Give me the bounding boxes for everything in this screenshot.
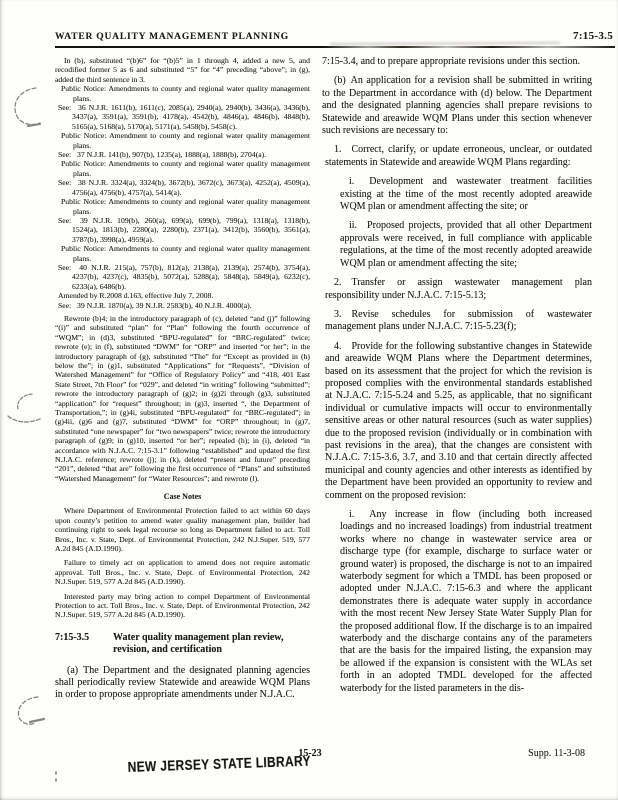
list-item-1: 1. Correct, clarify, or update erroneous… <box>325 144 592 169</box>
pen-mark-middle-tail <box>8 416 42 422</box>
case-notes-title: Case Notes <box>55 492 310 501</box>
continuation-paragraph: 7:15-3.4, and to prepare appropriate rev… <box>322 56 592 68</box>
rewrote-note: Rewrote (b)4; in the introductory paragr… <box>55 314 310 483</box>
public-notice-3: Public Notice: Amendments to county and … <box>55 159 310 178</box>
section-title: Water quality management plan review, re… <box>113 632 310 657</box>
public-notice-2: Public Notice: Amendment to county and r… <box>55 131 310 150</box>
pen-mark-middle <box>18 394 32 409</box>
case-note-3: Interested party may bring action to com… <box>55 592 310 620</box>
section-heading: 7:15-3.5 Water quality management plan r… <box>55 632 310 657</box>
list-item-3: 3. Revise schedules for submission of wa… <box>325 309 592 334</box>
case-note-1: Where Department of Environmental Protec… <box>55 506 310 553</box>
case-note-2: Failure to timely act on application to … <box>55 558 310 586</box>
header-section-ref: 7:15-3.5 <box>573 30 613 42</box>
amendment-history-note: In (b), substituted “(b)6” for “(b)5” in… <box>55 56 310 84</box>
paragraph-b: (b) An application for a revision shall … <box>322 75 592 137</box>
amended-see-citation: See: 39 N.J.R. 1870(a), 39 N.J.R. 2583(b… <box>55 301 310 310</box>
section-number: 7:15-3.5 <box>55 632 113 657</box>
paragraph-a: (a) The Department and the designated pl… <box>55 665 310 702</box>
left-column: In (b), substituted “(b)6” for “(b)5” in… <box>55 56 310 702</box>
library-stamp: NEW JERSEY STATE LIBRARY <box>127 753 311 776</box>
public-notice-1: Public Notice: Amendments to county and … <box>55 84 310 103</box>
list-item-4-i: i. Any increase in flow (including both … <box>340 509 592 695</box>
list-item-1-ii: ii. Proposed projects, provided that all… <box>340 220 592 270</box>
list-item-2: 2. Transfer or assign wastewater managem… <box>325 277 592 302</box>
see-citation-5: See: 40 N.J.R. 215(a), 757(b), 812(a), 2… <box>55 263 310 291</box>
right-column: 7:15-3.4, and to prepare appropriate rev… <box>322 56 592 695</box>
see-citation-1: See: 36 N.J.R. 1611(b), 1611(c), 2085(a)… <box>55 103 310 131</box>
pen-mark-top <box>15 88 40 125</box>
see-citation-3: See: 38 N.J.R. 3324(a), 3324(b), 3672(b)… <box>55 178 310 197</box>
pen-mark-bottom <box>18 697 38 724</box>
page-header: WATER QUALITY MANAGEMENT PLANNING 7:15-3… <box>55 30 613 42</box>
running-title: WATER QUALITY MANAGEMENT PLANNING <box>55 32 289 42</box>
header-rule <box>55 46 615 48</box>
list-item-4: 4. Provide for the following substantive… <box>325 341 592 502</box>
footer-supplement-date: Supp. 11-3-08 <box>528 748 585 759</box>
public-notice-4: Public Notice: Amendments to county and … <box>55 197 310 216</box>
amended-line: Amended by R.2008 d.163, effective July … <box>55 291 310 300</box>
list-item-1-i: i. Development and wastewater treatment … <box>340 176 592 213</box>
public-notice-5: Public Notice: Amendments to county and … <box>55 244 310 263</box>
scan-smudge <box>330 41 560 45</box>
document-page: WATER QUALITY MANAGEMENT PLANNING 7:15-3… <box>0 0 618 800</box>
see-citation-2: See: 37 N.J.R. 141(b), 907(b), 1235(a), … <box>55 150 310 159</box>
see-citation-4: See: 39 N.J.R. 109(b), 260(a), 699(a), 6… <box>55 216 310 244</box>
